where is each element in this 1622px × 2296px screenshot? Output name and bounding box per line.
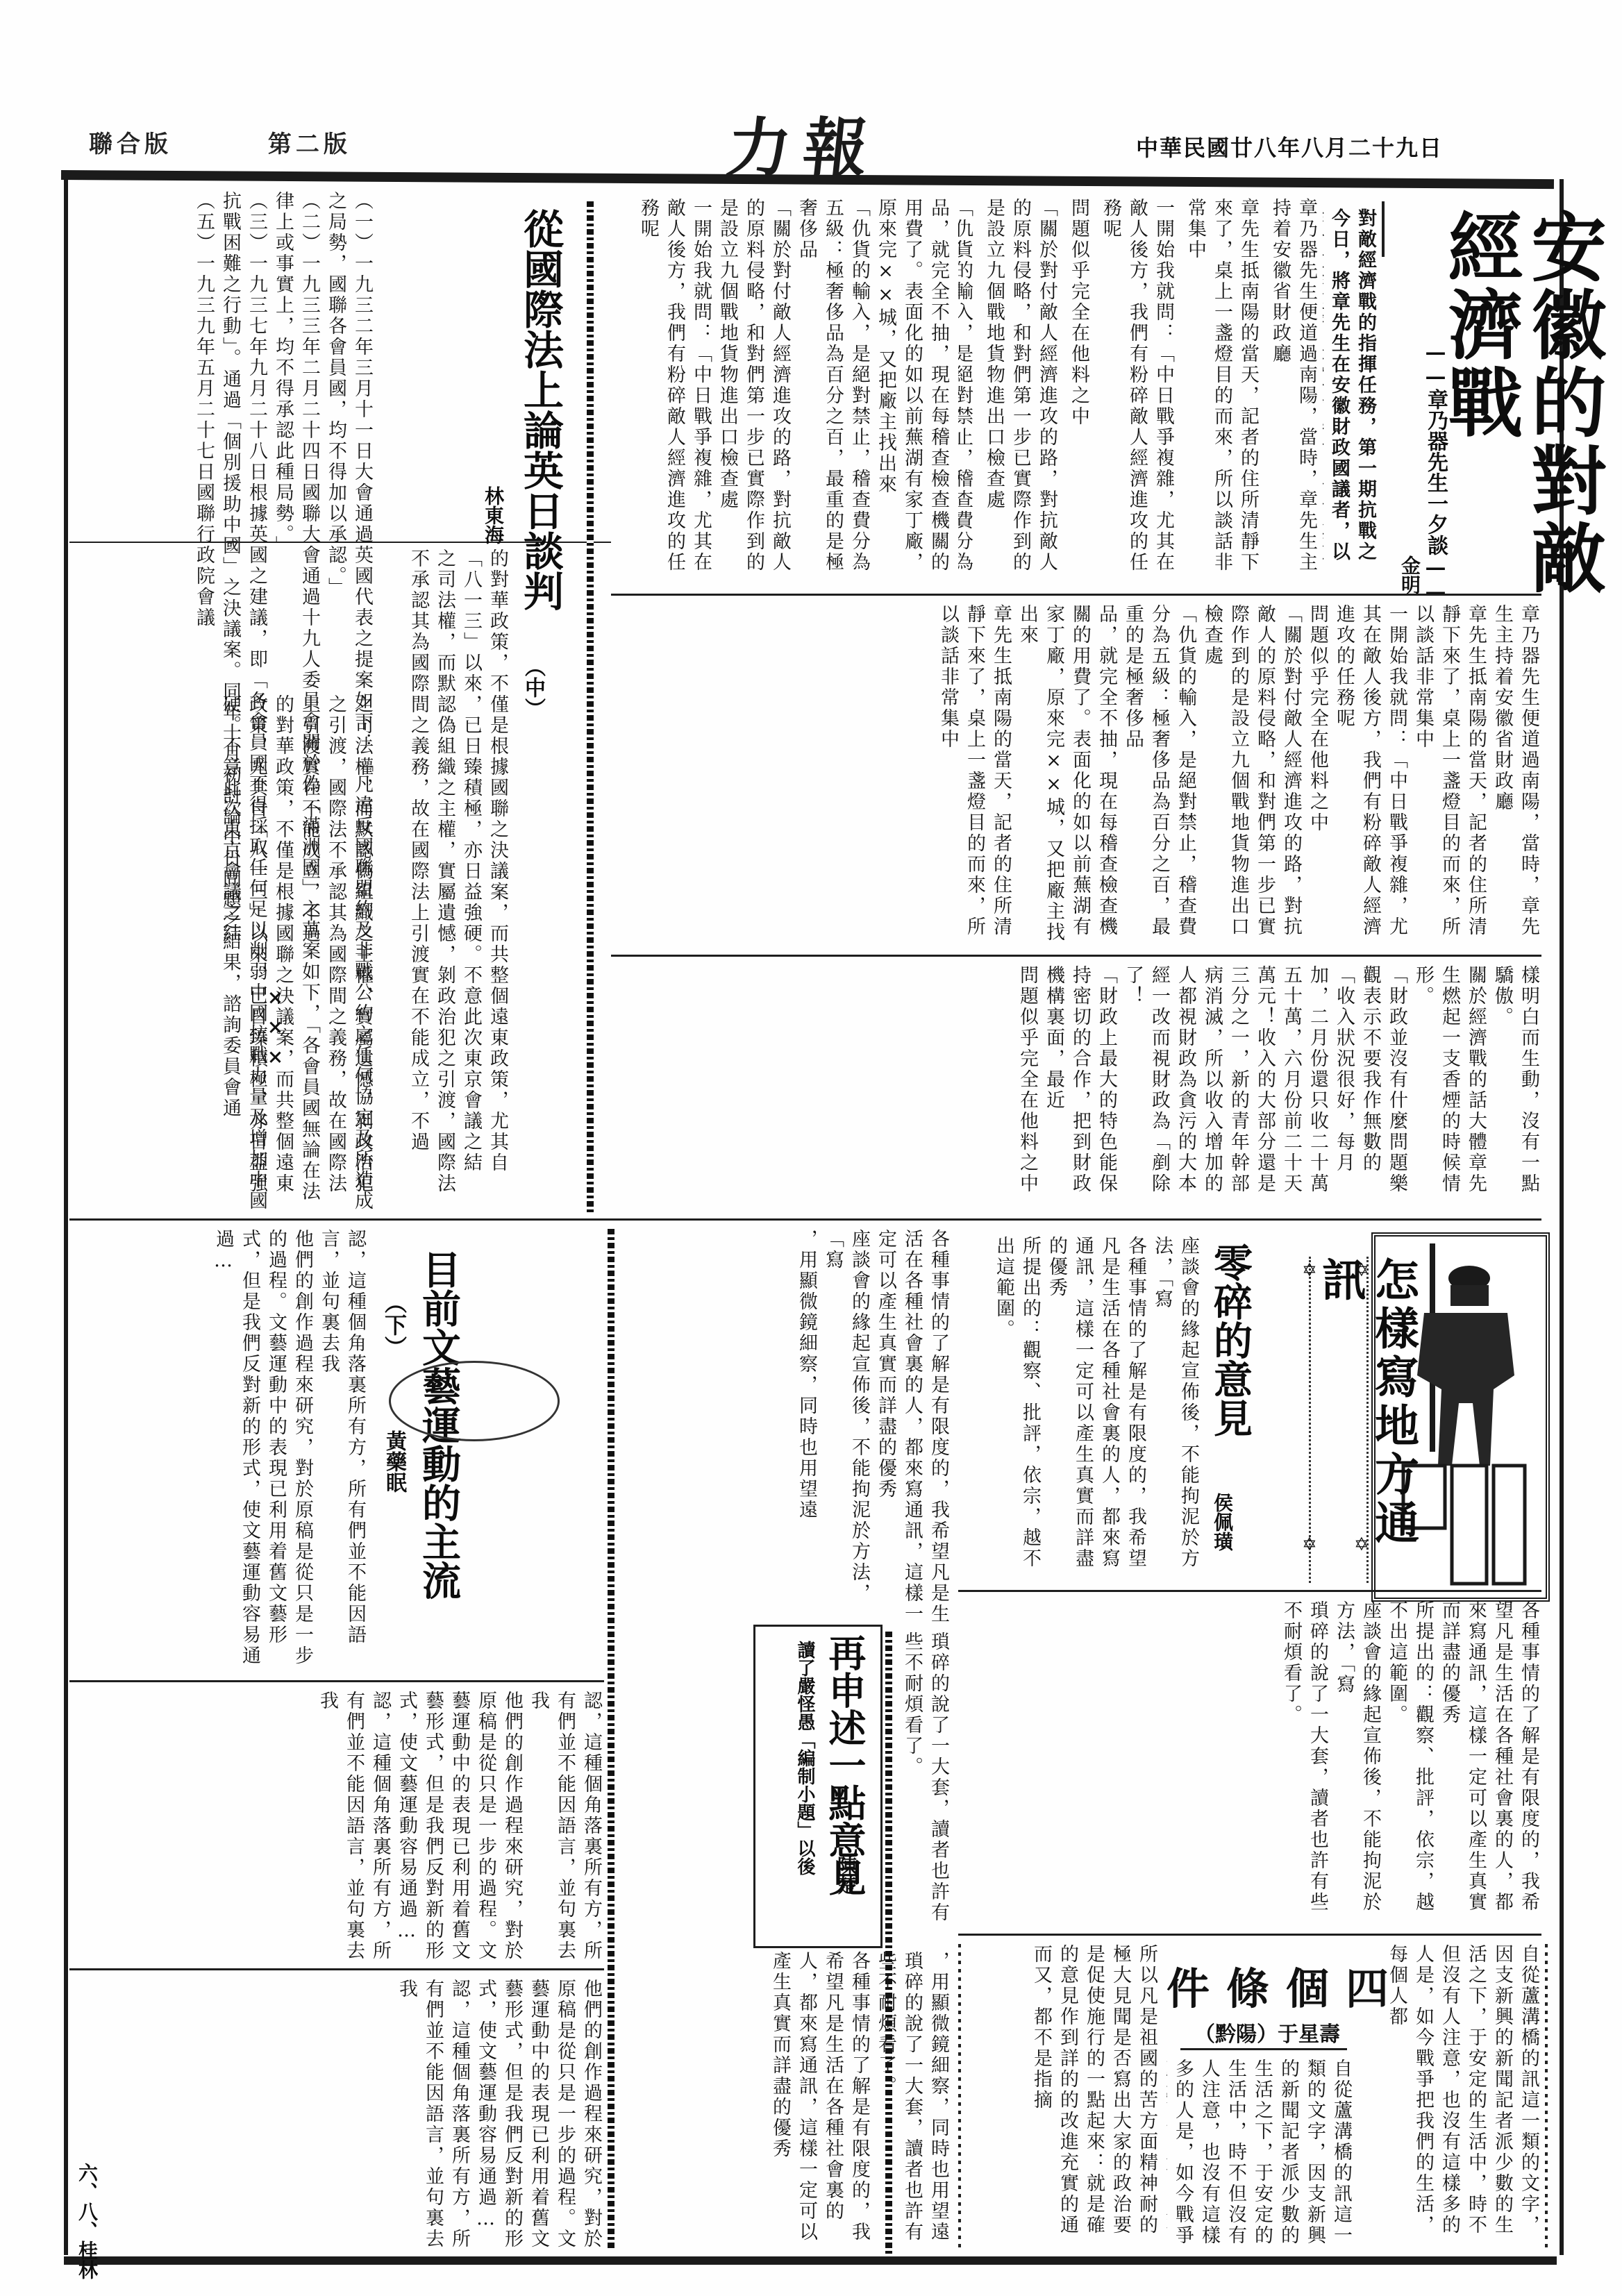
anhui-para: 「仇貨的輸入，是絕對禁止，稽查費分為五級：極奢侈品為百分之百，最重的是極奢侈品	[958, 198, 975, 587]
row-rule	[69, 1968, 604, 1970]
four-conditions-byline: （黔陽）于星壽	[1194, 2017, 1340, 2047]
intl-law-body: 的對華政策，不僅是根據國聯之決議案，而共整個遠東政策，尤其自「八一三」以來，已日…	[378, 548, 510, 1201]
four-conditions-place: （黔陽）	[1194, 2022, 1278, 2047]
intl-law-para: 的對華政策，不僅是根據國聯之決議案，而共整個遠東政策，尤其自「八一三」以來，已日…	[217, 694, 296, 1201]
restate-para: 瑣碎的說了一大套，讀者也許有些不耐煩看了。	[872, 1951, 925, 2249]
anhui-body-lower: 樣明白而生動，沒有一點驕傲。 關於經濟戰的話大體章先生燃起一支香煙的時候情形。 …	[611, 965, 1541, 1212]
howto-para: 座談會的緣起宣佈後，不能拘泥於方法，「寫	[1330, 1600, 1383, 1927]
restate-para: 各種事情的了解是有限度的，我希望凡是生活在各種社會裏的人，都來寫通訊，這樣一定可…	[767, 1951, 872, 2249]
emblem-oval	[389, 1361, 560, 1441]
intl-law-author: 林東海	[479, 486, 507, 544]
dotted-divider	[1545, 1944, 1548, 2249]
restate-header-box: 再申述一點意見 讀了嚴怪愚「編制小題」以後 陳楚	[753, 1625, 883, 1948]
anhui-para: 「關於對付敵人經濟進攻的路，對抗敵人的原料侵略，和對們第一步已實際作到的是設立九…	[714, 198, 793, 587]
star-ornament-icon: ✡	[1302, 1534, 1317, 1555]
anhui-para: 「關於對付敵人經濟進攻的路，對抗敵人的原料侵略，和對們第一步已實際作到的是設立九…	[1198, 604, 1304, 944]
fragments-headline: 零碎的意見	[1208, 1243, 1253, 1437]
restate-para: ，用顯微鏡細察，同時也用望遠	[925, 1951, 951, 2249]
anhui-para: 章先生抵南陽的當天，記者的住所清靜下來了，桌上一盞燈目的而來，所以談話非常集中	[1182, 198, 1261, 587]
section-label: 聯合版	[89, 131, 172, 158]
correspondence-para: ，用顯微鏡細察，同時也用望遠	[793, 1229, 819, 1625]
literature-body-upper: 認，這種個角落裏所有方，所有們並不能因語言，並句裏去我 他們的創作過程來研究，對…	[69, 1229, 368, 1673]
lead-marker	[1382, 201, 1385, 257]
anhui-para: 章先生抵南陽的當天，記者的住所清靜下來了，桌上一盞燈目的而來，所以談話非常集中	[1410, 604, 1489, 944]
four-conditions-body-mid: 自從蘆溝橋的訊這一類的文字，因支新興的新聞記者派少數的生活之下，于安定的生活中，…	[1167, 2059, 1354, 2249]
literature-para: 認，這種個角落裏所有方，所有們並不能因語言，並句裏去我	[314, 1691, 393, 1961]
anhui-para: 「仇貨的輸入，是絕對禁止，稽查費分為五級：極奢侈品為百分之百，最重的是極奢侈品	[1119, 604, 1198, 944]
fragments-para: 所提出的：觀察、批評，依宗，越不出這範圍。	[990, 1236, 1043, 1569]
fragments-header: 零碎的意見	[1208, 1243, 1253, 1437]
literature-body-lower: 他們的創作過程來研究，對於原稿是從只是一步的過程。文藝運動中的表現已利用着舊文藝…	[118, 1979, 604, 2249]
restate-body-lower: ，用顯微鏡細察，同時也用望遠 瑣碎的說了一大套，讀者也許有些不耐煩看了。 各種事…	[611, 1951, 951, 2249]
masthead-edition: 聯合版 第二版	[89, 125, 351, 159]
row-rule	[958, 1934, 1541, 1936]
howto-body: 各種事情的了解是有限度的，我希望凡是生活在各種社會裏的人，都來寫通訊，這樣一定可…	[958, 1600, 1541, 1927]
four-conditions-para: 自從蘆溝橋的訊這一類的文字，因支新興的新聞記者派少數的生活之下，于安定的生活中，…	[1383, 1944, 1541, 2249]
star-ornament-icon: ✡	[1354, 1534, 1369, 1555]
anhui-para: 問題似乎完全在他料之中	[1014, 965, 1040, 1212]
anhui-para: 關於經濟戰的話大體章先生燃起一支香煙的時候情形。	[1410, 965, 1489, 1212]
anhui-headline: 安徽的對敵經濟戰	[1437, 208, 1604, 597]
anhui-row-rule	[611, 955, 1541, 957]
section-rule	[69, 1218, 611, 1221]
howto-para: 各種事情的了解是有限度的，我希望凡是生活在各種社會裏的人，都來寫通訊，這樣一定可…	[1436, 1600, 1541, 1927]
literature-signoff: 六、八、桂林	[73, 2163, 101, 2279]
correspondence-body: 各種事情的了解是有限度的，我希望凡是生活在各種社會裏的人，都來寫通訊，這樣一定可…	[611, 1229, 951, 1625]
anhui-body-upper-2: 品，就完全不抽，現在每稽查檢查機關的用費了。表面化的如以前蕪湖有家丁廠，原來完×…	[611, 198, 951, 587]
column-divider-wavy	[587, 201, 594, 1215]
intl-law-para: 的對華政策，不僅是根據國聯之決議案，而共整個遠東政策，尤其自「八一三」以來，已日…	[458, 548, 510, 1201]
four-conditions-body-right: 自從蘆溝橋的訊這一類的文字，因支新興的新聞記者派少數的生活之下，于安定的生活中，…	[1357, 1944, 1541, 2249]
restate-author: 陳楚	[832, 1856, 860, 1895]
literature-author: 黃藥眠	[378, 1430, 409, 1493]
anhui-para: 「關於對付敵人經濟進攻的路，對抗敵人的原料侵略，和對們第一步已實際作到的是設立九…	[980, 198, 1060, 587]
row-rule	[958, 1590, 1541, 1592]
literature-para: 他們的創作過程來研究，對於原稿是從只是一步的過程。文藝運動中的表現已利用着舊文藝…	[393, 1691, 525, 1961]
anhui-para: 品，就完全不抽，現在每稽查檢查機關的用費了。表面化的如以前蕪湖有家丁廠，原來完×…	[1014, 604, 1119, 944]
literature-para: 他們的創作過程來研究，對於原稿是從只是一步的過程。文藝運動中的表現已利用着舊文藝…	[210, 1229, 315, 1673]
four-conditions-para: 自從蘆溝橋的訊這一類的文字，因支新興的新聞記者派少數的生活之下，于安定的生活中，…	[1167, 2059, 1354, 2249]
literature-body-middle: 認，這種個角落裏所有方，所有們並不能因語言，並句裏去我 他們的創作過程來研究，對…	[69, 1691, 604, 1961]
four-conditions-author: 于星壽	[1278, 2022, 1340, 2047]
anhui-para: 「財政並沒有什麼問題樂觀表示不要我作無數的	[1357, 965, 1410, 1212]
howto-para: 所提出的：觀察、批評，依宗，越不出這範圍。	[1383, 1600, 1436, 1927]
correspondence-para: 各種事情的了解是有限度的，我希望凡是生活在各種社會裏的人，都來寫通訊，這樣一定可…	[872, 1229, 951, 1625]
dotted-divider	[958, 1944, 961, 2249]
bottom-rule	[64, 2256, 1557, 2265]
fragments-para: 各種事情的了解是有限度的，我希望凡是生活在各種社會裏的人，都來寫通訊，這樣一定可…	[1043, 1236, 1148, 1569]
restate-body: 瑣碎的說了一大套，讀者也許有些不耐煩看了。	[896, 1632, 951, 1923]
fragments-author: 侯佩璜	[1208, 1493, 1236, 1551]
anhui-para: 一開始我就問：「中日戰爭複雜，尤其在敵人後方，我們有粉碎敵人經濟進攻的任務呢	[635, 198, 714, 587]
anhui-para: 問題似乎完全在他料之中	[1065, 198, 1092, 587]
anhui-row-rule	[611, 594, 1541, 596]
anhui-lead: 對敵經濟戰的指揮任務，第一期抗戰之今日，將章先生在安徽財政國議者，以作對敵作經濟…	[1323, 208, 1378, 569]
star-ornament-icon: ✡	[1302, 1260, 1317, 1281]
newspaper-page: 聯合版 第二版 力報 中華民國廿八年八月二十九日 安徽的對敵經濟戰 ——章乃器先…	[0, 0, 1622, 2296]
star-ornament-icon: ✡	[1354, 1260, 1369, 1281]
anhui-para: 問題似乎完全在他料之中	[1304, 604, 1330, 944]
section-rule	[611, 1218, 1541, 1221]
four-conditions-body-left: 所以凡是祖國的苦方面精神耐的極大見聞是否寫出大家的政治要是促使施行的一點起來：就…	[965, 1944, 1160, 2249]
masthead: 聯合版 第二版 力報 中華民國廿八年八月二十九日	[61, 97, 1568, 174]
fragments-body: 座談會的緣起宣佈後，不能拘泥於方法，「寫 各種事情的了解是有限度的，我希望凡是生…	[958, 1236, 1201, 1569]
four-conditions-para: 所以凡是祖國的苦方面精神耐的極大見聞是否寫出大家的政治要是促使施行的一點起來：就…	[1028, 1944, 1160, 2249]
anhui-para: 一開始我就問：「中日戰爭複雜，尤其在敵人後方，我們有粉碎敵人經濟進攻的任務呢	[1330, 604, 1410, 944]
literature-para: 認，這種個角落裏所有方，所有們並不能因語言，並句裏去我	[393, 1979, 472, 2249]
anhui-para: 章乃器先生便道過南陽，當時，章先生主持着安徽省財政廳	[1489, 604, 1541, 944]
literature-para: 他們的創作過程來研究，對於原稿是從只是一步的過程。文藝運動中的表現已利用着舊文藝…	[472, 1979, 604, 2249]
intl-law-para: 之司法權，而默認偽組織之主權，實屬遺憾，剝政治犯之引渡，國際法不承認其為國際間之…	[405, 548, 458, 1201]
anhui-body-middle: 章乃器先生便道過南陽，當時，章先生主持着安徽省財政廳 章先生抵南陽的當天，記者的…	[611, 604, 1541, 944]
intl-law-para: 之司法權，而默認偽組織之主權，實屬遺憾，剝政治犯之引渡，國際法不承認其為國際間之…	[296, 694, 375, 1201]
restate-para: 瑣碎的說了一大套，讀者也許有些不耐煩看了。	[898, 1632, 951, 1923]
howto-para: 瑣碎的說了一大套，讀者也許有些不耐煩看了。	[1278, 1600, 1330, 1927]
restate-subtitle: 讀了嚴怪愚「編制小題」以後	[792, 1641, 818, 1875]
literature-part: （下）	[378, 1291, 410, 1358]
literature-para: 認，這種個角落裏所有方，所有們並不能因語言，並句裏去我	[315, 1229, 368, 1673]
intl-law-headline: 從國際法上論英日談判	[517, 208, 563, 611]
anhui-para: 「財政上最大的特色能保持密切的合作，把到財政機構裏面，最近	[1040, 965, 1119, 1212]
literature-para: 認，這種個角落裏所有方，所有們並不能因語言，並句裏去我	[525, 1691, 604, 1961]
anhui-para: 品，就完全不抽，現在每稽查檢查機關的用費了。表面化的如以前蕪湖有家丁廠，原來完×…	[872, 198, 951, 587]
row-rule	[69, 1680, 604, 1682]
anhui-para: 章乃器先生便道過南陽，當時，章先生主持着安徽省財政廳	[1266, 198, 1319, 587]
byline-rule	[1180, 2048, 1347, 2050]
intl-law-part: （中）	[517, 656, 548, 719]
publication-date: 中華民國廿八年八月二十九日	[1136, 131, 1443, 162]
intl-law-body-2: 之司法權，而默認偽組織之主權，實屬遺憾，剝政治犯之引渡，國際法不承認其為國際間之…	[69, 694, 375, 1201]
anhui-para: 一開始我就問：「中日戰爭複雜，尤其在敵人後方，我們有粉碎敵人經濟進攻的任務呢	[1097, 198, 1176, 587]
anhui-para: 章先生抵南陽的當天，記者的住所清靜下來了，桌上一盞燈目的而來，所以談話非常集中	[935, 604, 1014, 944]
edition-label: 第二版	[268, 131, 351, 158]
anhui-subtitle: ——章乃器先生一夕談——	[1420, 340, 1450, 632]
anhui-para: 樣明白而生動，沒有一點驕傲。	[1489, 965, 1541, 1212]
column-divider-wavy	[608, 1229, 614, 2249]
intl-law-header: 從國際法上論英日談判	[517, 208, 563, 639]
xxx-separator: × × ×	[264, 986, 287, 1069]
anhui-para: 「仇貨的輸入，是絕對禁止，稽查費分為五級：極奢侈品為百分之百，最重的是極奢侈品	[793, 198, 872, 587]
fragments-para: 座談會的緣起宣佈後，不能拘泥於方法，「寫	[1148, 1236, 1201, 1569]
anhui-body-upper: 章乃器先生便道過南陽，當時，章先生主持着安徽省財政廳 章先生抵南陽的當天，記者的…	[958, 198, 1319, 587]
anhui-para: 「收入狀況很好，每月加，二月份還只收二十萬五十萬，六月份前二十天萬元！收入的大部…	[1119, 965, 1357, 1212]
correspondence-para: 座談會的緣起宣佈後，不能拘泥於方法，「寫	[819, 1229, 872, 1625]
